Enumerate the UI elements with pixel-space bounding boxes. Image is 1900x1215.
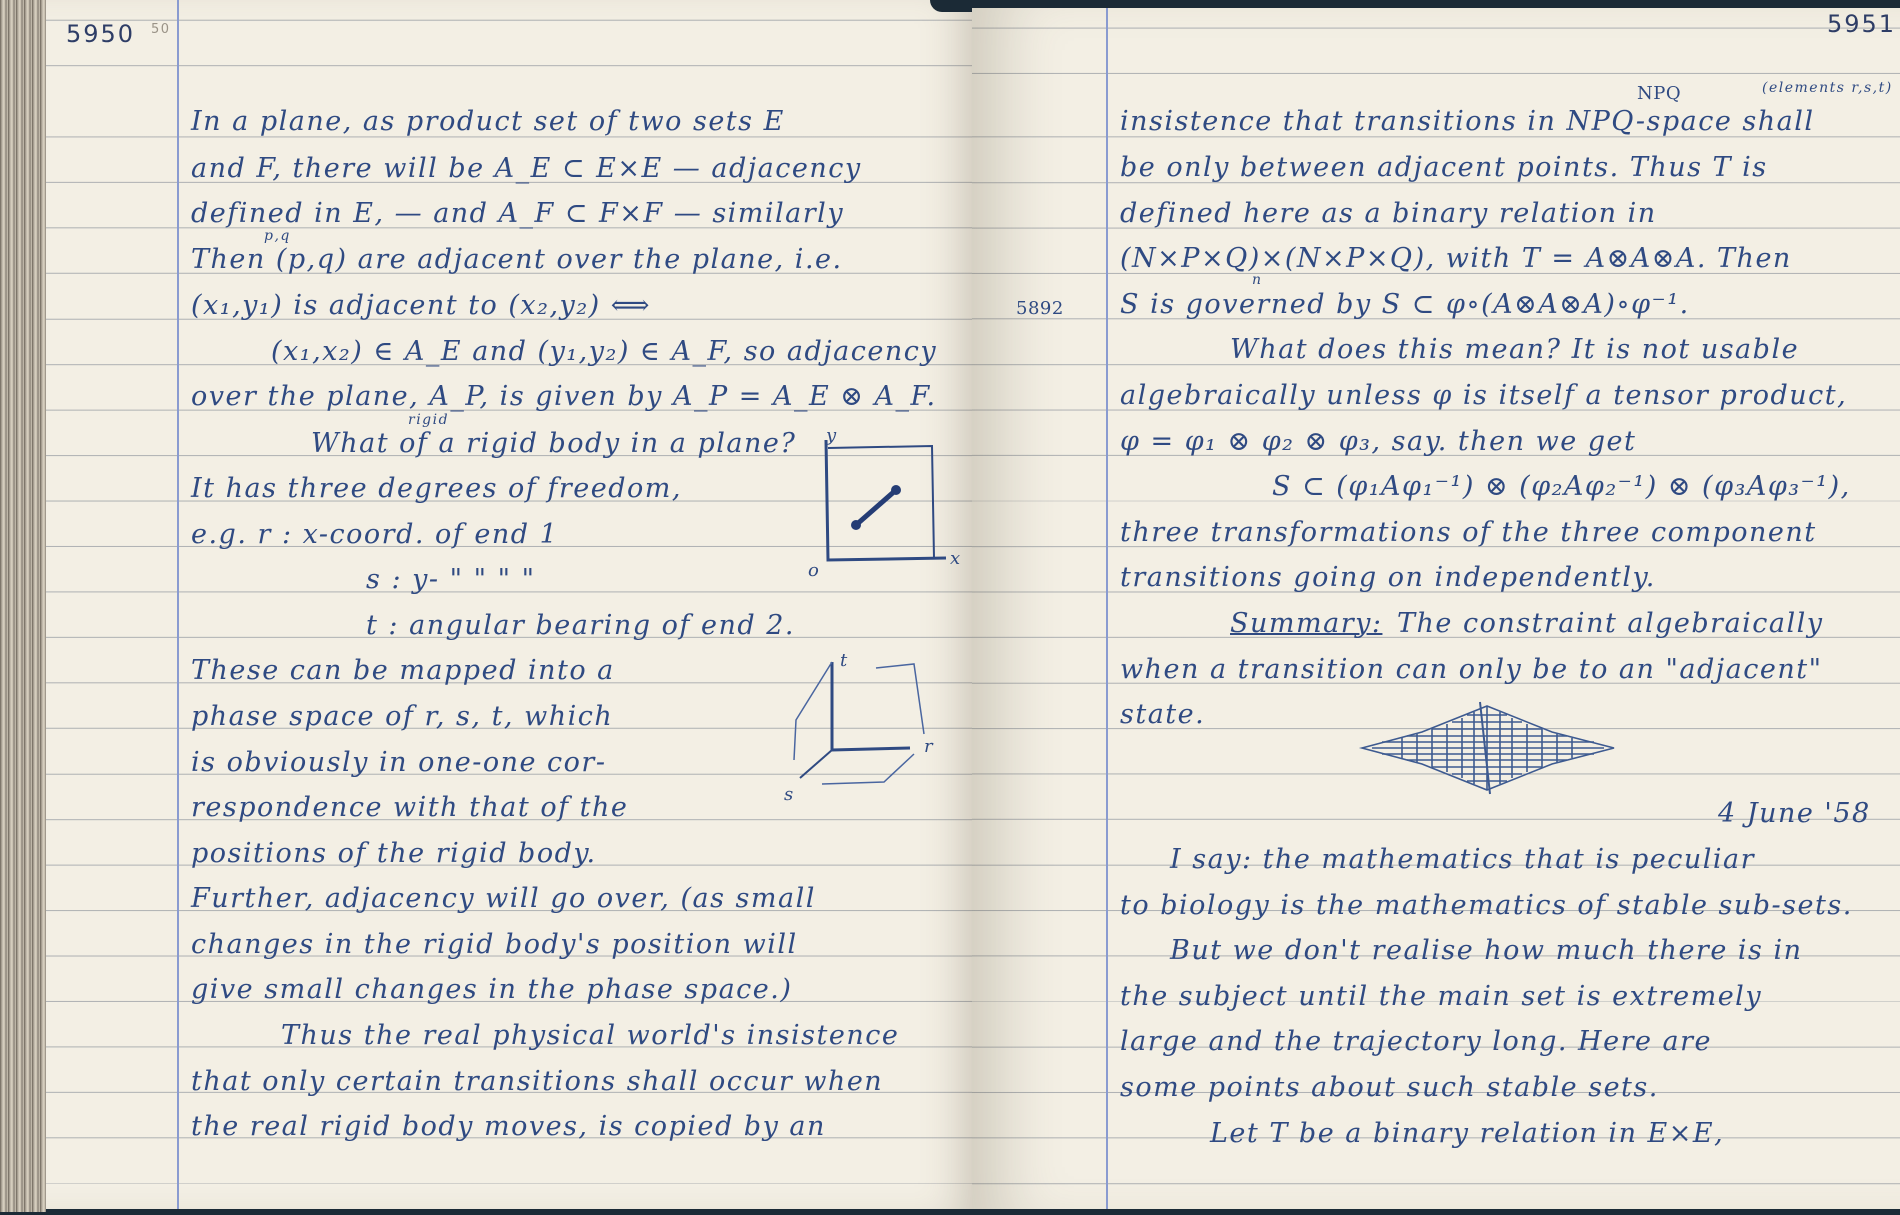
- handwritten-line: The constraint algebraically: [1397, 608, 1824, 639]
- handwritten-line: defined here as a binary relation in: [1120, 198, 1657, 229]
- handwritten-line: S ⊂ (φ₁Aφ₁⁻¹) ⊗ (φ₂Aφ₂⁻¹) ⊗ (φ₃Aφ₃⁻¹),: [1272, 471, 1851, 502]
- handwritten-line: s : y- " " " ": [366, 564, 536, 595]
- diamond-grid-drawing: [1362, 698, 1622, 798]
- insertion-rigid: rigid: [408, 412, 449, 428]
- handwritten-line: Further, adjacency will go over, (as sma…: [191, 883, 816, 914]
- axis-label-x: x: [950, 548, 961, 569]
- handwritten-line: What of a rigid body in a plane?: [311, 428, 796, 459]
- handwritten-line: I say: the mathematics that is peculiar: [1170, 844, 1755, 875]
- rigid-body-plane-diagram: [816, 430, 946, 580]
- handwritten-line: is obviously in one-one cor-: [191, 747, 606, 778]
- handwritten-line: phase space of r, s, t, which: [191, 701, 613, 732]
- insertion-npq: NPQ: [1637, 83, 1681, 104]
- page-number: 5950: [66, 20, 135, 48]
- right-page: 5951 NPQ (elements r,s,t) insistence tha…: [972, 8, 1900, 1209]
- handwritten-line: Then (p,q) are adjacent over the plane, …: [191, 244, 843, 275]
- handwritten-line: positions of the rigid body.: [191, 838, 597, 869]
- axis-label-origin: o: [808, 560, 819, 581]
- handwritten-line: transitions going on independently.: [1120, 562, 1656, 593]
- handwritten-line: respondence with that of the: [191, 792, 628, 823]
- handwritten-line: state.: [1120, 699, 1205, 730]
- handwritten-line: S is governed by S ⊂ φ∘(A⊗A⊗A)∘φ⁻¹.: [1120, 289, 1690, 320]
- handwritten-line: These can be mapped into a: [191, 655, 615, 686]
- handwritten-line: algebraically unless φ is itself a tenso…: [1120, 380, 1847, 411]
- notebook-spread: 5950 50 In a plane, as product set of tw…: [0, 0, 1900, 1215]
- margin-reference: 5892: [1016, 298, 1064, 319]
- handwritten-line: three transformations of the three compo…: [1120, 517, 1817, 548]
- handwritten-line: defined in E, — and A_F ⊂ F×F — similarl…: [191, 198, 844, 229]
- handwritten-line: (x₁,y₁) is adjacent to (x₂,y₂) ⟺: [191, 290, 651, 321]
- handwritten-line: that only certain transitions shall occu…: [191, 1066, 883, 1097]
- axis-label-t: t: [840, 650, 848, 671]
- insertion-pq: p,q: [264, 228, 291, 244]
- handwritten-line: insistence that transitions in NPQ-space…: [1120, 106, 1815, 137]
- page-number: 5951: [1827, 10, 1896, 38]
- handwritten-line: when a transition can only be to an "adj…: [1120, 654, 1823, 685]
- handwritten-line: be only between adjacent points. Thus T …: [1120, 152, 1768, 183]
- handwritten-line: large and the trajectory long. Here are: [1120, 1026, 1712, 1057]
- handwritten-line: the real rigid body moves, is copied by …: [191, 1111, 826, 1142]
- handwritten-line: over the plane, A_P, is given by A_P = A…: [191, 381, 937, 412]
- page-edges: [0, 0, 46, 1212]
- handwritten-line: What does this mean? It is not usable: [1230, 334, 1799, 365]
- handwritten-line: In a plane, as product set of two sets E: [191, 106, 785, 137]
- handwritten-line: the subject until the main set is extrem…: [1120, 981, 1762, 1012]
- handwritten-line: t : angular bearing of end 2.: [366, 610, 795, 641]
- margin-rule: [177, 0, 179, 1209]
- entry-date: 4 June '58: [1718, 798, 1871, 829]
- axis-label-y: y: [826, 425, 837, 446]
- handwritten-line: to biology is the mathematics of stable …: [1120, 890, 1853, 921]
- handwritten-line: Let T be a binary relation in E×E,: [1210, 1118, 1724, 1149]
- handwritten-line: Thus the real physical world's insistenc…: [281, 1020, 899, 1051]
- handwritten-line: give small changes in the phase space.): [191, 974, 792, 1005]
- handwritten-line: (x₁,x₂) ∈ A_E and (y₁,y₂) ∈ A_F, so adja…: [271, 336, 937, 367]
- axis-label-r: r: [924, 736, 933, 757]
- handwritten-line: changes in the rigid body's position wil…: [191, 929, 798, 960]
- handwritten-line: It has three degrees of freedom,: [191, 473, 682, 504]
- summary-label: Summary:: [1230, 608, 1382, 639]
- pencil-note: 50: [151, 22, 171, 37]
- handwritten-line: and F, there will be A_E ⊂ E×E — adjacen…: [191, 153, 862, 184]
- insertion-elements: (elements r,s,t): [1762, 80, 1893, 96]
- insertion-n: n: [1252, 272, 1263, 288]
- margin-rule: [1106, 8, 1108, 1209]
- handwritten-line: e.g. r : x-coord. of end 1: [191, 519, 558, 550]
- handwritten-line: (N×P×Q)×(N×P×Q), with T = A⊗A⊗A. Then: [1120, 243, 1792, 274]
- handwritten-line: But we don't realise how much there is i…: [1170, 935, 1803, 966]
- axis-label-s: s: [784, 784, 794, 805]
- phase-space-diagram: [786, 650, 966, 820]
- left-page: 5950 50 In a plane, as product set of tw…: [46, 0, 972, 1209]
- handwritten-line: φ = φ₁ ⊗ φ₂ ⊗ φ₃, say. then we get: [1120, 426, 1636, 457]
- handwritten-line: some points about such stable sets.: [1120, 1072, 1659, 1103]
